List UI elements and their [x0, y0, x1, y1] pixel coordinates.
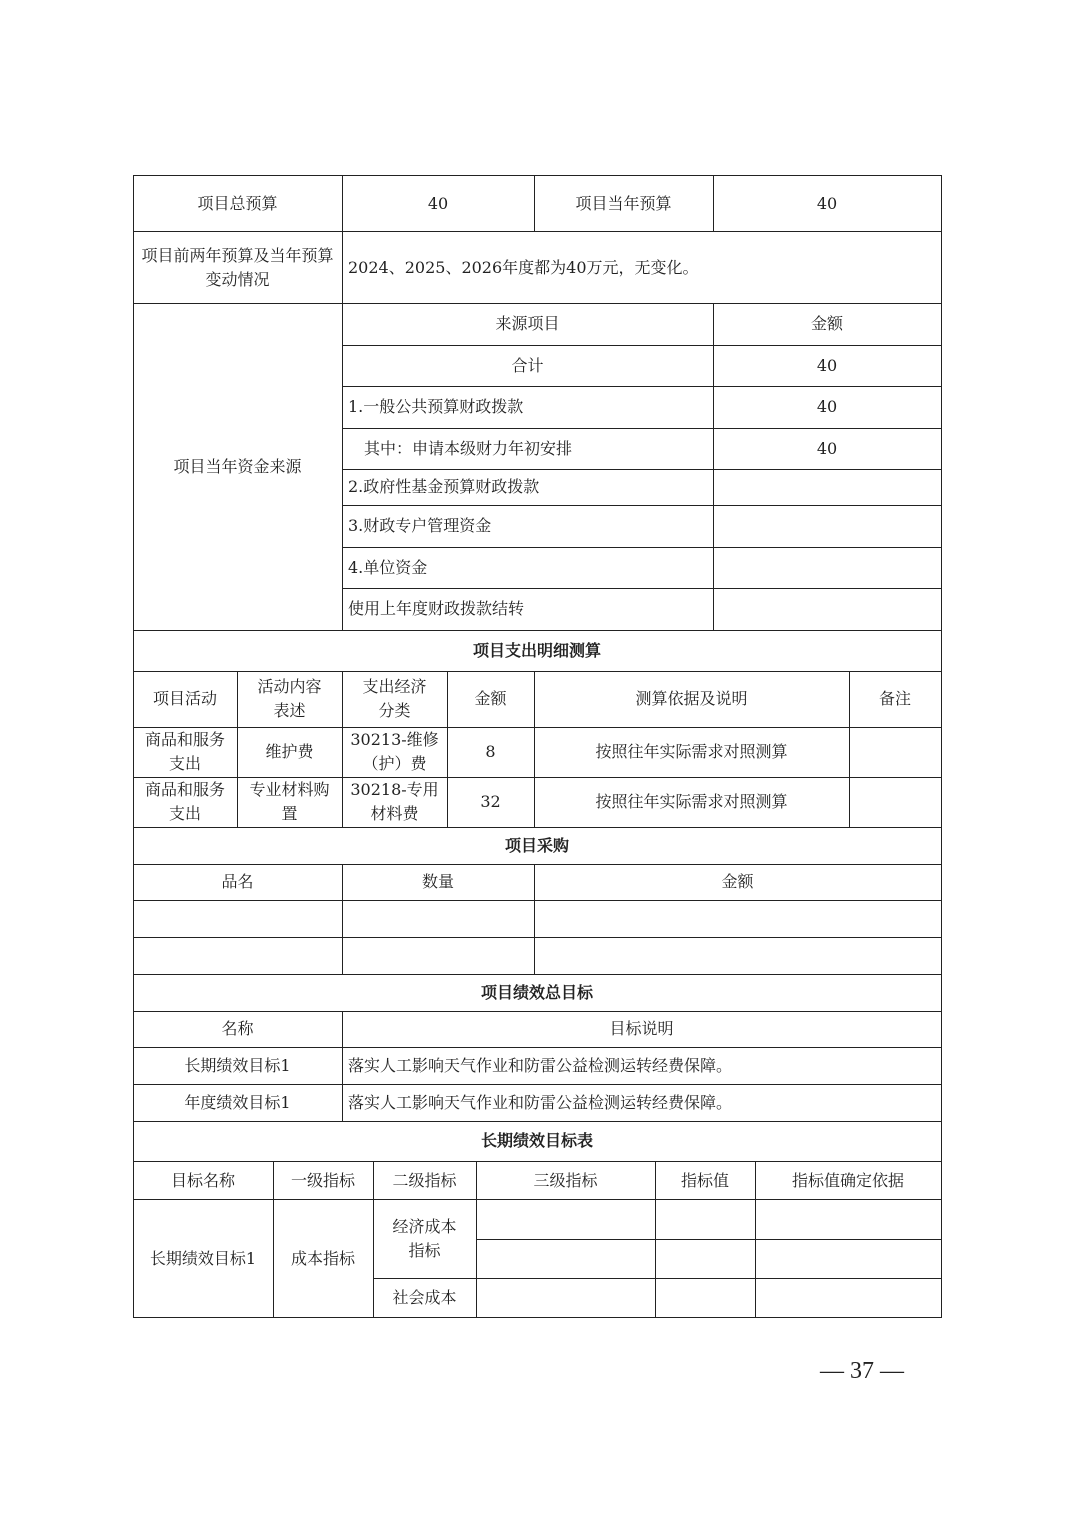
table-border: [534, 175, 535, 231]
procurement-header: 品名: [133, 864, 342, 900]
table-border: [342, 469, 942, 470]
table-border: [849, 671, 850, 827]
procurement-header: 数量: [342, 864, 534, 900]
expense-category: 30213-维修（护）费: [342, 727, 447, 777]
long-term-header: 一级指标: [273, 1161, 373, 1200]
expense-category: 30218-专用材料费: [342, 777, 447, 827]
funding-amount: [713, 588, 941, 630]
table-border: [342, 386, 942, 387]
procurement-header: 金额: [534, 864, 941, 900]
table-border: [713, 303, 714, 630]
goals-title: 项目绩效总目标: [133, 974, 941, 1011]
table-border: [133, 303, 942, 304]
year-budget-label: 项目当年预算: [534, 175, 713, 232]
goal-name: 年度绩效目标1: [133, 1084, 342, 1121]
long-term-title: 长期绩效目标表: [133, 1121, 941, 1161]
table-border: [133, 777, 942, 778]
table-border: [133, 727, 942, 728]
funding-source: 2.政府性基金预算财政拨款: [342, 469, 713, 505]
budget-change-text: 2024、2025、2026年度都为40万元，无变化。: [342, 232, 941, 303]
table-border: [342, 588, 942, 589]
long-term-header: 二级指标: [373, 1161, 476, 1200]
table-border: [713, 175, 714, 231]
table-border: [133, 1199, 942, 1200]
goal-desc: 落实人工影响天气作业和防雷公益检测运转经费保障。: [342, 1047, 941, 1084]
funding-source: 1.一般公共预算财政拨款: [342, 386, 713, 428]
funding-source: 其中：申请本级财力年初安排: [342, 428, 713, 469]
funding-amount: [713, 469, 941, 505]
table-border: [133, 1084, 942, 1085]
year-budget-value: 40: [713, 175, 941, 232]
table-border: [342, 345, 942, 346]
expense-basis: 按照往年实际需求对照测算: [534, 777, 849, 827]
expense-header: 备注: [849, 671, 941, 727]
table-border: [273, 1161, 274, 1317]
table-border: [373, 1278, 942, 1279]
funding-amount: 40: [713, 345, 941, 386]
expense-basis: 按照往年实际需求对照测算: [534, 727, 849, 777]
table-border: [342, 505, 942, 506]
total-budget-value: 40: [342, 175, 534, 232]
table-border: [655, 1161, 656, 1317]
table-border: [133, 1047, 942, 1048]
expense-amount: 8: [447, 727, 534, 777]
table-border: [373, 1161, 374, 1317]
table-border: [133, 974, 942, 975]
table-border: [237, 671, 238, 827]
long-term-level2-economic: 经济成本指标: [373, 1200, 476, 1278]
goals-header: 名称: [133, 1011, 342, 1047]
table-border: [941, 175, 942, 1318]
table-border: [755, 1161, 756, 1317]
table-border: [342, 175, 343, 630]
table-border: [133, 864, 942, 865]
funding-amount: 40: [713, 428, 941, 469]
expense-header: 活动内容表述: [237, 671, 342, 727]
funding-source: 3.财政专户管理资金: [342, 505, 713, 547]
goal-name: 长期绩效目标1: [133, 1047, 342, 1084]
total-budget-label: 项目总预算: [133, 175, 342, 232]
goal-desc: 落实人工影响天气作业和防雷公益检测运转经费保障。: [342, 1084, 941, 1121]
table-border: [342, 547, 942, 548]
expense-content: 维护费: [237, 727, 342, 777]
expense-activity: 商品和服务支出: [133, 727, 237, 777]
table-border: [133, 1011, 942, 1012]
table-border: [133, 175, 134, 1318]
expense-header: 金额: [447, 671, 534, 727]
funding-header-source: 来源项目: [342, 303, 713, 345]
table-border: [133, 175, 942, 176]
long-term-level2-social: 社会成本: [373, 1278, 476, 1317]
expense-amount: 32: [447, 777, 534, 827]
funding-amount: [713, 505, 941, 547]
table-border: [133, 1161, 942, 1162]
table-border: [342, 671, 343, 827]
budget-change-label: 项目前两年预算及当年预算变动情况: [133, 232, 342, 303]
funding-label: 项目当年资金来源: [133, 303, 342, 630]
table-border: [476, 1239, 942, 1240]
table-border: [133, 671, 942, 672]
long-term-header: 目标名称: [133, 1161, 273, 1200]
table-border: [133, 1121, 942, 1122]
table-border: [133, 231, 942, 232]
long-term-header: 指标值: [655, 1161, 755, 1200]
table-border: [133, 630, 942, 631]
expense-header: 测算依据及说明: [534, 671, 849, 727]
expense-header: 支出经济分类: [342, 671, 447, 727]
expense-content: 专业材料购置: [237, 777, 342, 827]
table-border: [342, 1011, 343, 1121]
table-border: [447, 671, 448, 827]
expense-header: 项目活动: [133, 671, 237, 727]
table-border: [342, 864, 343, 974]
table-border: [534, 671, 535, 827]
funding-amount: [713, 547, 941, 588]
expense-note: [849, 727, 941, 777]
table-border: [133, 1317, 942, 1318]
funding-source: 使用上年度财政拨款结转: [342, 588, 713, 630]
long-term-goal-name: 长期绩效目标1: [133, 1200, 273, 1317]
long-term-level1: 成本指标: [273, 1200, 373, 1317]
table-border: [133, 900, 942, 901]
expense-note: [849, 777, 941, 827]
table-border: [342, 428, 942, 429]
page-number: — 37 —: [820, 1358, 904, 1385]
funding-source: 4.单位资金: [342, 547, 713, 588]
long-term-header: 指标值确定依据: [755, 1161, 941, 1200]
long-term-header: 三级指标: [476, 1161, 655, 1200]
funding-source: 合计: [342, 345, 713, 386]
expense-title: 项目支出明细测算: [133, 630, 941, 671]
funding-amount: 40: [713, 386, 941, 428]
procurement-title: 项目采购: [133, 827, 941, 864]
table-border: [534, 864, 535, 974]
table-border: [133, 937, 942, 938]
funding-header-amount: 金额: [713, 303, 941, 345]
table-border: [476, 1161, 477, 1317]
goals-header: 目标说明: [342, 1011, 941, 1047]
table-border: [133, 827, 942, 828]
expense-activity: 商品和服务支出: [133, 777, 237, 827]
